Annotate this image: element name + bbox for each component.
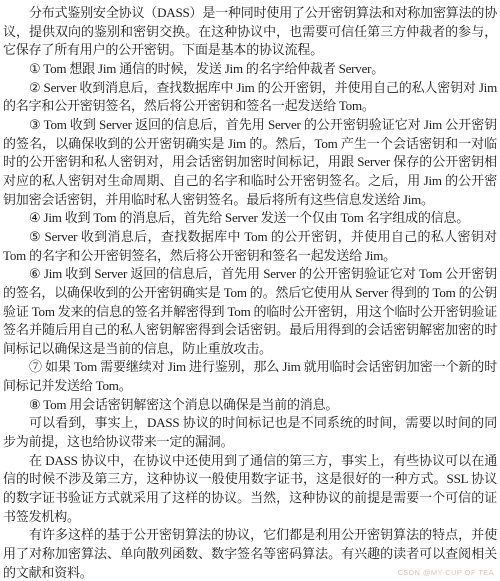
paragraph: ④ Jim 收到 Tom 的消息后，首先给 Server 发送一个仅由 Tom …	[3, 209, 497, 228]
document-body: 分布式鉴别安全协议（DASS）是一种同时使用了公开密钥算法和对称加密算法的协议，…	[0, 0, 500, 581]
paragraph: ⑦ 如果 Tom 需要继续对 Jim 进行鉴别，那么 Jim 就用临时会话密钥加…	[3, 358, 497, 395]
paragraph: ① Tom 想跟 Jim 通信的时候，发送 Jim 的名字给仲裁者 Server…	[3, 60, 497, 79]
csdn-watermark: CSDN @MY CUP OF TEA	[398, 568, 494, 577]
paragraph: 可以看到，事实上，DASS 协议的时间标记也是不同系统的时间，需要以时间的同步为…	[3, 414, 497, 451]
paragraph: ⑤ Server 收到消息后，查找数据库中 Tom 的公开密钥，并使用自己的私人…	[3, 228, 497, 265]
paragraph: 分布式鉴别安全协议（DASS）是一种同时使用了公开密钥算法和对称加密算法的协议，…	[3, 4, 497, 60]
paragraph: 在 DASS 协议中，在协议中还使用到了通信的第三方，事实上，有些协议可以在通信…	[3, 452, 497, 527]
paragraph: ② Server 收到消息后，查找数据库中 Jim 的公开密钥，并使用自己的私人…	[3, 79, 497, 116]
paragraph: ⑥ Jim 收到 Server 返回的信息后，首先用 Server 的公开密钥验…	[3, 265, 497, 358]
document-page: 分布式鉴别安全协议（DASS）是一种同时使用了公开密钥算法和对称加密算法的协议，…	[0, 0, 500, 581]
paragraph: ⑧ Tom 用会话密钥解密这个消息以确保是当前的消息。	[3, 396, 497, 415]
paragraph: ③ Tom 收到 Server 返回的信息后，首先用 Server 的公开密钥验…	[3, 116, 497, 209]
